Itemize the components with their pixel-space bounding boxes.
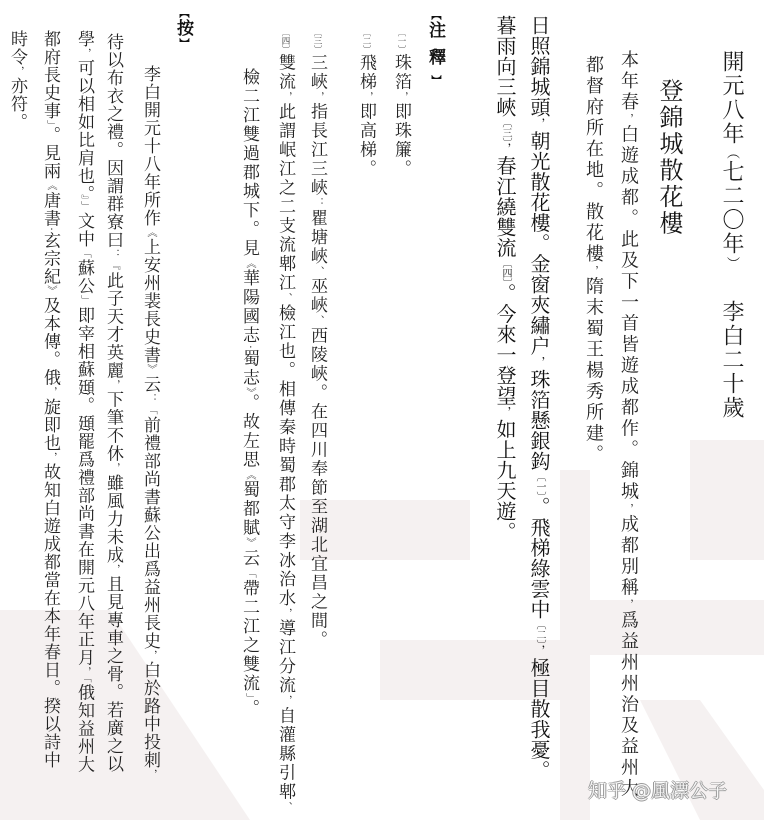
commentary-column: 李白開元十八年所作《上安州裴長史書》云：「前禮部尚書蘇公出爲益州長史，白於路中投… — [141, 65, 158, 780]
chapter-year-heading: 開元八年（七二〇年） — [720, 50, 742, 270]
chapter-age-heading: 李白二十歲 — [720, 300, 742, 420]
watermark-text: 知乎 @風漂公子 — [588, 776, 727, 803]
note-column: 〔三〕三峽，指長江三峽：瞿塘峽、巫峽、西陵峽。在四川奉節至湖北宜昌之間。 — [308, 28, 325, 649]
intro-column: 都督府所在地。散花樓，隋末蜀王楊秀所建。 — [584, 55, 602, 466]
note-column: 檢二江雙過郡城下。見《華陽國志·蜀志》。故左思《蜀都賦》云「帶二江之雙流」。 — [240, 68, 257, 718]
notes-heading: 【注釋】 — [426, 10, 443, 86]
poem-column: 日照錦城頭，朝光散花樓。金窗夾繡户，珠箔懸銀鈎〔一〕。飛梯綠雲中〔二〕，極目散我… — [529, 15, 549, 781]
poem-title: 登錦城散花樓 — [657, 78, 681, 237]
commentary-column: 時令，亦符。 — [8, 30, 25, 131]
document-page: 開元八年（七二〇年） 李白二十歲 登錦城散花樓 本年春，白遊成都。此及下一首皆遊… — [0, 0, 764, 820]
intro-column: 本年春，白遊成都。此及下一首皆遊成都作。錦城，成都別稱，爲益州州治及益州大 — [619, 50, 637, 799]
poem-column: 暮雨向三峽〔三〕，春江繞雙流〔四〕。今來一登望，如上九天遊。 — [495, 15, 515, 542]
note-column: 〔四〕雙流，此謂岷江之二支流郫江、檢江也。相傳秦時蜀郡太守李冰治水，導江分流，自… — [276, 28, 293, 813]
commentary-column: 都府長史事」。見兩《唐書·玄宗紀》及本傳。俄，旋即也，故知白遊成都當在本年春日。… — [41, 30, 58, 769]
note-column: 〔一〕珠箔，即珠簾。 — [392, 28, 409, 179]
commentary-heading: 【按】 — [174, 8, 191, 49]
note-column: 〔二〕飛梯，即高梯。 — [357, 28, 374, 179]
commentary-column: 學，可以相如比肩也。』」文中「蘇公」即宰相蘇頲。頲罷爲禮部尚書在開元八年正月，「… — [75, 30, 92, 774]
commentary-column: 待以布衣之禮。因謂群寮曰：『此子天才英麗，下筆不休，雖風力未成，且見專車之骨。若… — [104, 33, 121, 773]
